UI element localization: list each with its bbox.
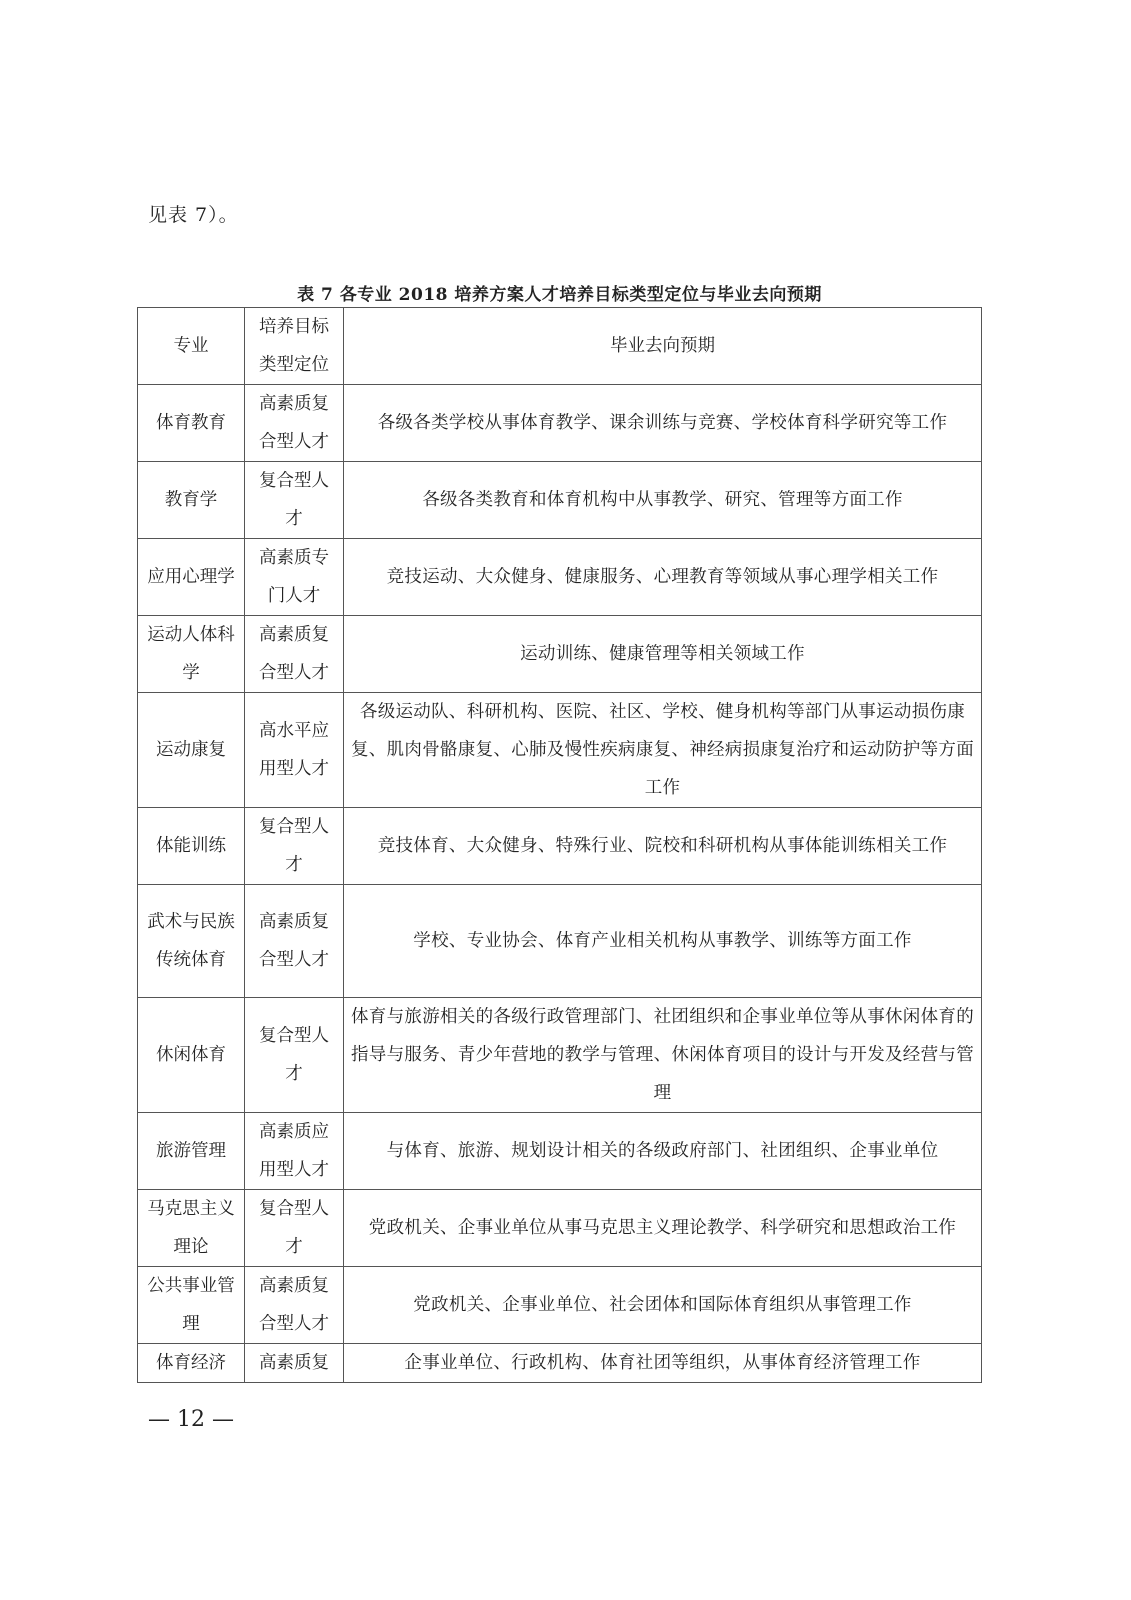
type-cell: 复合型人才 bbox=[245, 462, 344, 539]
table-row: 公共事业管理高素质复合型人才党政机关、企事业单位、社会团体和国际体育组织从事管理… bbox=[138, 1267, 982, 1344]
table-header-row: 专业 培养目标类型定位 毕业去向预期 bbox=[138, 308, 982, 385]
table-row: 体育经济高素质复企事业单位、行政机构、体育社团等组织，从事体育经济管理工作 bbox=[138, 1344, 982, 1383]
destination-cell: 各级各类学校从事体育教学、课余训练与竞赛、学校体育科学研究等工作 bbox=[344, 385, 982, 462]
destination-cell: 学校、专业协会、体育产业相关机构从事教学、训练等方面工作 bbox=[344, 885, 982, 998]
major-cell: 教育学 bbox=[138, 462, 245, 539]
table-row: 休闲体育复合型人才体育与旅游相关的各级行政管理部门、社团组织和企事业单位等从事休… bbox=[138, 998, 982, 1113]
major-cell: 公共事业管理 bbox=[138, 1267, 245, 1344]
destination-cell: 竞技体育、大众健身、特殊行业、院校和科研机构从事体能训练相关工作 bbox=[344, 808, 982, 885]
destination-cell: 体育与旅游相关的各级行政管理部门、社团组织和企事业单位等从事休闲体育的指导与服务… bbox=[344, 998, 982, 1113]
page-number: — 12 — bbox=[148, 1407, 234, 1432]
major-cell: 体育经济 bbox=[138, 1344, 245, 1383]
major-cell: 马克思主义理论 bbox=[138, 1190, 245, 1267]
table-row: 运动人体科学高素质复合型人才运动训练、健康管理等相关领域工作 bbox=[138, 616, 982, 693]
table-row: 教育学复合型人才各级各类教育和体育机构中从事教学、研究、管理等方面工作 bbox=[138, 462, 982, 539]
type-cell: 高素质复 bbox=[245, 1344, 344, 1383]
header-major: 专业 bbox=[138, 308, 245, 385]
major-cell: 武术与民族传统体育 bbox=[138, 885, 245, 998]
table-row: 马克思主义理论复合型人才党政机关、企事业单位从事马克思主义理论教学、科学研究和思… bbox=[138, 1190, 982, 1267]
header-destination: 毕业去向预期 bbox=[344, 308, 982, 385]
type-cell: 高素质应用型人才 bbox=[245, 1113, 344, 1190]
destination-cell: 党政机关、企事业单位、社会团体和国际体育组织从事管理工作 bbox=[344, 1267, 982, 1344]
destination-cell: 各级各类教育和体育机构中从事教学、研究、管理等方面工作 bbox=[344, 462, 982, 539]
major-table: 专业 培养目标类型定位 毕业去向预期 体育教育高素质复合型人才各级各类学校从事体… bbox=[137, 307, 982, 1383]
table-caption: 表 7 各专业 2018 培养方案人才培养目标类型定位与毕业去向预期 bbox=[137, 280, 982, 305]
destination-cell: 党政机关、企事业单位从事马克思主义理论教学、科学研究和思想政治工作 bbox=[344, 1190, 982, 1267]
intro-text: 见表 7）。 bbox=[148, 200, 239, 227]
table-row: 旅游管理高素质应用型人才与体育、旅游、规划设计相关的各级政府部门、社团组织、企事… bbox=[138, 1113, 982, 1190]
table-row: 体能训练复合型人才竞技体育、大众健身、特殊行业、院校和科研机构从事体能训练相关工… bbox=[138, 808, 982, 885]
type-cell: 高素质复合型人才 bbox=[245, 885, 344, 998]
table-row: 体育教育高素质复合型人才各级各类学校从事体育教学、课余训练与竞赛、学校体育科学研… bbox=[138, 385, 982, 462]
table-row: 运动康复高水平应用型人才各级运动队、科研机构、医院、社区、学校、健身机构等部门从… bbox=[138, 693, 982, 808]
header-type: 培养目标类型定位 bbox=[245, 308, 344, 385]
table-row: 武术与民族传统体育高素质复合型人才学校、专业协会、体育产业相关机构从事教学、训练… bbox=[138, 885, 982, 998]
major-cell: 应用心理学 bbox=[138, 539, 245, 616]
major-cell: 运动康复 bbox=[138, 693, 245, 808]
destination-cell: 竞技运动、大众健身、健康服务、心理教育等领域从事心理学相关工作 bbox=[344, 539, 982, 616]
major-cell: 体能训练 bbox=[138, 808, 245, 885]
destination-cell: 与体育、旅游、规划设计相关的各级政府部门、社团组织、企事业单位 bbox=[344, 1113, 982, 1190]
destination-cell: 企事业单位、行政机构、体育社团等组织，从事体育经济管理工作 bbox=[344, 1344, 982, 1383]
destination-cell: 各级运动队、科研机构、医院、社区、学校、健身机构等部门从事运动损伤康复、肌肉骨骼… bbox=[344, 693, 982, 808]
major-cell: 休闲体育 bbox=[138, 998, 245, 1113]
type-cell: 复合型人才 bbox=[245, 1190, 344, 1267]
type-cell: 高素质专门人才 bbox=[245, 539, 344, 616]
table-row: 应用心理学高素质专门人才竞技运动、大众健身、健康服务、心理教育等领域从事心理学相… bbox=[138, 539, 982, 616]
type-cell: 高素质复合型人才 bbox=[245, 1267, 344, 1344]
type-cell: 高水平应用型人才 bbox=[245, 693, 344, 808]
major-cell: 运动人体科学 bbox=[138, 616, 245, 693]
major-cell: 旅游管理 bbox=[138, 1113, 245, 1190]
major-cell: 体育教育 bbox=[138, 385, 245, 462]
type-cell: 高素质复合型人才 bbox=[245, 385, 344, 462]
type-cell: 高素质复合型人才 bbox=[245, 616, 344, 693]
type-cell: 复合型人才 bbox=[245, 808, 344, 885]
destination-cell: 运动训练、健康管理等相关领域工作 bbox=[344, 616, 982, 693]
type-cell: 复合型人才 bbox=[245, 998, 344, 1113]
